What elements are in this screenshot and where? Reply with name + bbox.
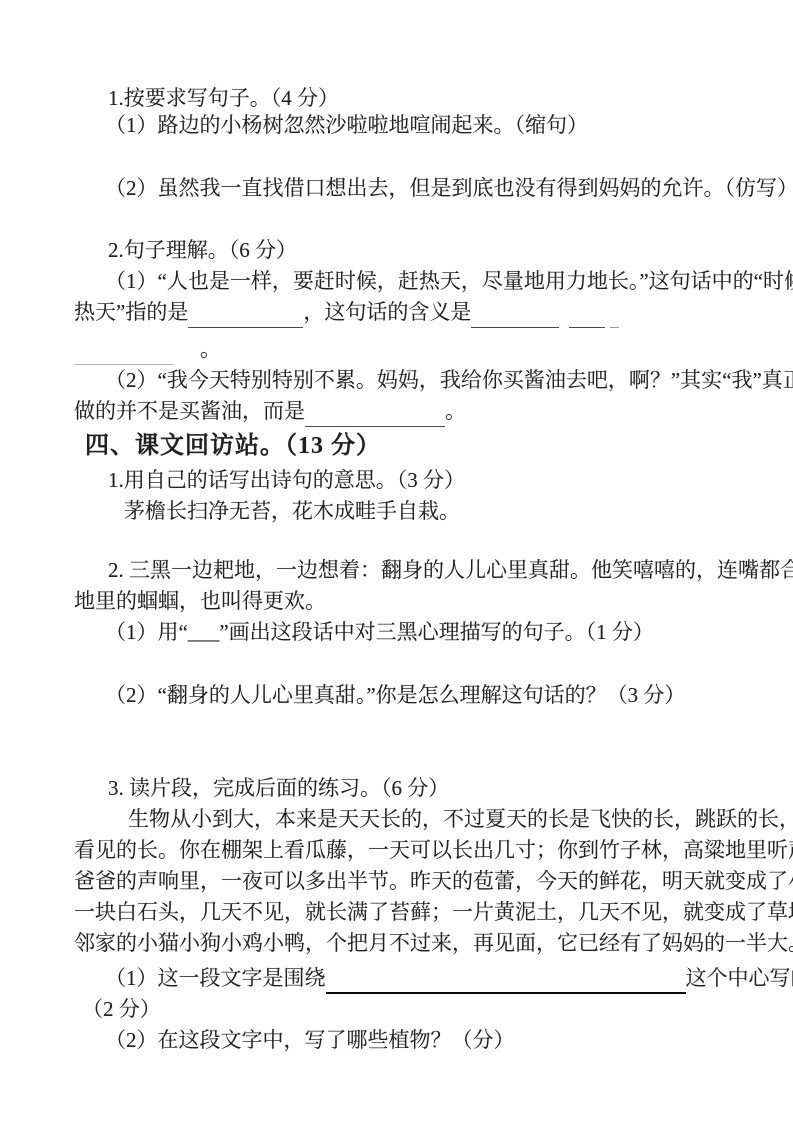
section4-q3-passage-line1: 生物从小到大，本来是天天长的，不过夏天的长是飞快的长，跳跃的长，活生生的 xyxy=(74,804,743,835)
section4-q3-passage-line5: 邻家的小猫小狗小鸡小鸭，个把月不过来，再见面，它已经有了妈妈的一半大。 xyxy=(74,928,743,959)
section4-q3-item1-suffix: 这个中心写的。 xyxy=(686,966,793,990)
section4-q3-title: 3. 读片段，完成后面的练习。（6 分） xyxy=(74,773,743,804)
question2-item2-line2-period: 。 xyxy=(445,399,466,423)
section4-q3-passage-line3: 爸爸的声响里，一夜可以多出半节。昨天的苞蕾，今天的鲜花，明天就变成了小果实。 xyxy=(74,866,743,897)
question2-item1-line2-middle: ，这句话的含义是 xyxy=(303,300,471,324)
question2-item1-line3: 。 xyxy=(74,334,743,365)
section4-q3-item2: （2）在这段文字中，写了哪些植物？（分） xyxy=(74,1025,743,1056)
question2-item1-line3-period: 。 xyxy=(200,337,221,361)
section4-q2-passage: 2. 三黑一边耙地，一边想着：翻身的人儿心里真甜。他笑嘻嘻的，连嘴都合不上。 地… xyxy=(74,555,743,617)
answer-blank xyxy=(471,305,559,328)
section4-q1-poem: 茅檐长扫净无苔，花木成畦手自栽。 xyxy=(74,496,743,527)
question1-item1: （1）路边的小杨树忽然沙啦啦地喧闹起来。（缩句） xyxy=(74,110,743,141)
answer-blank xyxy=(326,970,686,994)
question2-item1-line2: 热天”指的是，这句话的含义是 xyxy=(74,297,743,328)
question1-item2: （2）虽然我一直找借口想出去，但是到底也没有得到妈妈的允许。（仿写） xyxy=(74,173,743,204)
section4-q3-item1-score: （2 分） xyxy=(74,994,743,1025)
exam-paper-page: 1.按要求写句子。（4 分） （1）路边的小杨树忽然沙啦啦地喧闹起来。（缩句） … xyxy=(0,0,793,1122)
section4-q2-item2: （2）“翻身的人儿心里真甜。”你是怎么理解这句话的？（3 分） xyxy=(74,680,743,711)
question2-item1: （1）“人也是一样，要赶时候，赶热天，尽量地用力地长。”这句话中的“时候、 热天… xyxy=(74,266,743,365)
question2-title: 2.句子理解。（6 分） xyxy=(74,235,743,266)
section4-q3-item1-prefix: （1）这一段文字是围绕 xyxy=(105,966,326,990)
question2-item1-line2-prefix: 热天”指的是 xyxy=(74,300,188,324)
answer-blank xyxy=(610,305,619,328)
section4-q3-passage-line2: 看见的长。你在棚架上看瓜藤，一天可以长出几寸；你到竹子林，高粱地里听声音，在 xyxy=(74,835,743,866)
question2-item2: （2）“我今天特别特别不累。妈妈，我给你买酱油去吧，啊？”其实“我”真正想 做的… xyxy=(74,365,743,427)
question2-item2-line1: （2）“我今天特别特别不累。妈妈，我给你买酱油去吧，啊？”其实“我”真正想 xyxy=(74,365,743,396)
answer-blank xyxy=(569,305,605,328)
section4-q1-title: 1.用自己的话写出诗句的意思。（3 分） xyxy=(74,465,743,496)
section4-q3-passage-line4: 一块白石头，几天不见，就长满了苔藓；一片黄泥土，几天不见，就变成了草坪菜畦。 xyxy=(74,897,743,928)
section4-q3-item1: （1）这一段文字是围绕这个中心写的。 xyxy=(74,963,743,994)
section4-header: 四、课文回访站。（13 分） xyxy=(74,427,743,465)
section4-q2-item1: （1）用“___”画出这段话中对三黑心理描写的句子。（1 分） xyxy=(74,617,743,648)
question2-item2-line2-prefix: 做的并不是买酱油，而是 xyxy=(74,399,305,423)
section4-q2-passage-line1: 2. 三黑一边耙地，一边想着：翻身的人儿心里真甜。他笑嘻嘻的，连嘴都合不上。 xyxy=(74,555,743,586)
answer-blank xyxy=(74,342,174,365)
answer-blank xyxy=(305,404,445,427)
question2-item1-line1: （1）“人也是一样，要赶时候，赶热天，尽量地用力地长。”这句话中的“时候、 xyxy=(74,266,743,297)
answer-blank xyxy=(188,305,303,328)
section4-q3-passage: 生物从小到大，本来是天天长的，不过夏天的长是飞快的长，跳跃的长，活生生的 看见的… xyxy=(74,804,743,959)
question2-item2-line2: 做的并不是买酱油，而是。 xyxy=(74,396,743,427)
page-content: 1.按要求写句子。（4 分） （1）路边的小杨树忽然沙啦啦地喧闹起来。（缩句） … xyxy=(0,0,793,1056)
section4-q2-passage-line2: 地里的蝈蝈，也叫得更欢。 xyxy=(74,586,743,617)
